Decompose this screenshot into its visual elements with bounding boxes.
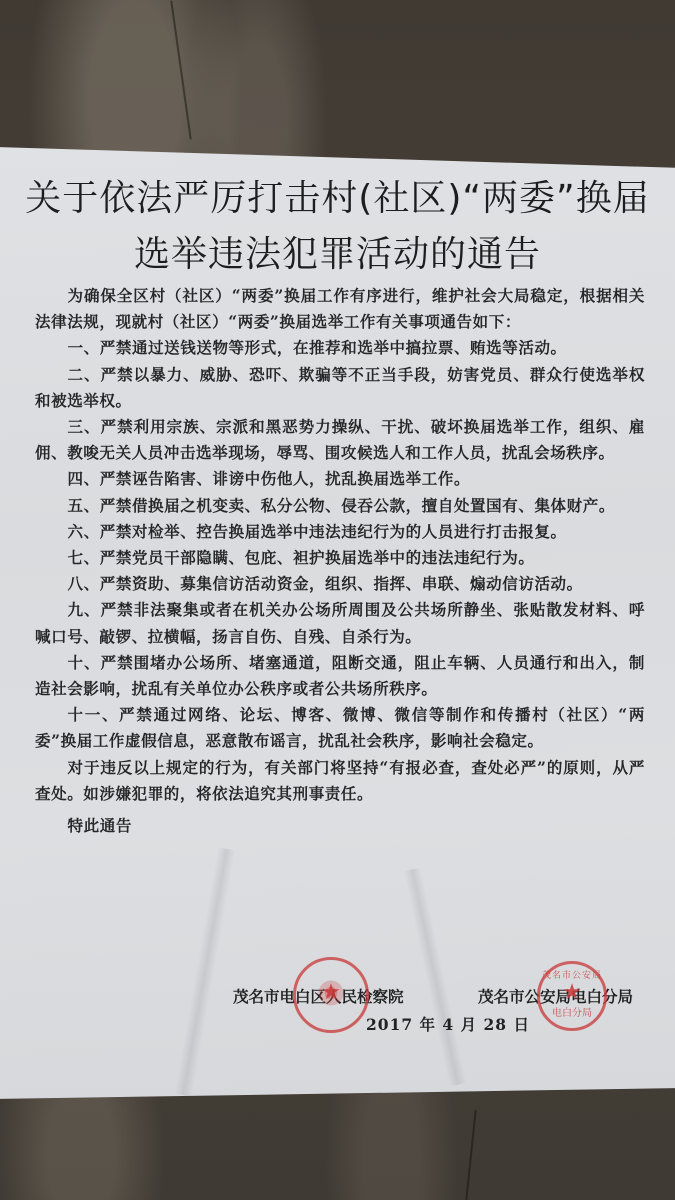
wall-crack bbox=[465, 1110, 476, 1200]
intro-paragraph: 为确保全区村（社区）“两委”换届工作有序进行，维护社会大局稳定，根据相关法律法规… bbox=[35, 283, 645, 335]
rule-item-2: 二、严禁以暴力、威胁、恐吓、欺骗等不正当手段，妨害党员、群众行使选举权和被选举权… bbox=[35, 362, 645, 414]
star-icon: ★ bbox=[540, 982, 604, 1004]
notice-body: 为确保全区村（社区）“两委”换届工作有序进行，维护社会大局稳定，根据相关法律法规… bbox=[35, 283, 645, 839]
police-seal-icon: 茂名市公安局 ★ 电白分局 bbox=[537, 961, 607, 1031]
rule-item-3: 三、严禁利用宗族、宗派和黑恶势力操纵、干扰、破坏换届选举工作，组织、雇佣、教唆无… bbox=[35, 414, 645, 466]
star-icon: ★ bbox=[296, 982, 366, 1004]
notice-date: 2017 年 4 月 28 日 bbox=[366, 1013, 530, 1035]
rule-item-5: 五、严禁借换届之机变卖、私分公物、侵吞公款，擅自处置国有、集体财产。 bbox=[35, 493, 645, 519]
notice-title-line2: 选举违法犯罪活动的通告 bbox=[0, 226, 675, 277]
rule-item-4: 四、严禁诬告陷害、诽谤中伤他人，扰乱换届选举工作。 bbox=[35, 466, 645, 492]
rule-item-8: 八、严禁资助、募集信访活动资金，组织、指挥、串联、煽动信访活动。 bbox=[35, 571, 645, 597]
procuratorate-seal-icon: ★ bbox=[293, 957, 369, 1033]
rule-item-7: 七、严禁党员干部隐瞒、包庇、袒护换届选举中的违法违纪行为。 bbox=[35, 545, 645, 571]
paper-fold bbox=[403, 868, 466, 1087]
rule-item-11: 十一、严禁通过网络、论坛、博客、微博、微信等制作和传播村（社区）“两委”换届工作… bbox=[35, 702, 645, 754]
notice-title-line1: 关于依法严厉打击村(社区)“两委”换届 bbox=[0, 170, 675, 221]
rule-item-1: 一、严禁通过送钱送物等形式，在推荐和选举中搞拉票、贿选等活动。 bbox=[35, 335, 645, 361]
rule-item-10: 十、严禁围堵办公场所、堵塞通道，阻断交通，阻止车辆、人员通行和出入，制造社会影响… bbox=[35, 650, 645, 702]
closing-text: 特此通告 bbox=[35, 813, 645, 839]
seal-bottom-text: 电白分局 bbox=[540, 1004, 604, 1019]
wall-crack bbox=[170, 1, 191, 140]
conclusion-paragraph: 对于违反以上规定的行为，有关部门将坚持“有报必查，查处必严”的原则，从严查处。如… bbox=[35, 755, 645, 807]
paper-fold bbox=[174, 847, 235, 1096]
rule-item-6: 六、严禁对检举、控告换届选举中违法违纪行为的人员进行打击报复。 bbox=[35, 519, 645, 545]
rule-item-9: 九、严禁非法聚集或者在机关办公场所周围及公共场所静坐、张贴散发材料、呼喊口号、敲… bbox=[35, 597, 645, 649]
